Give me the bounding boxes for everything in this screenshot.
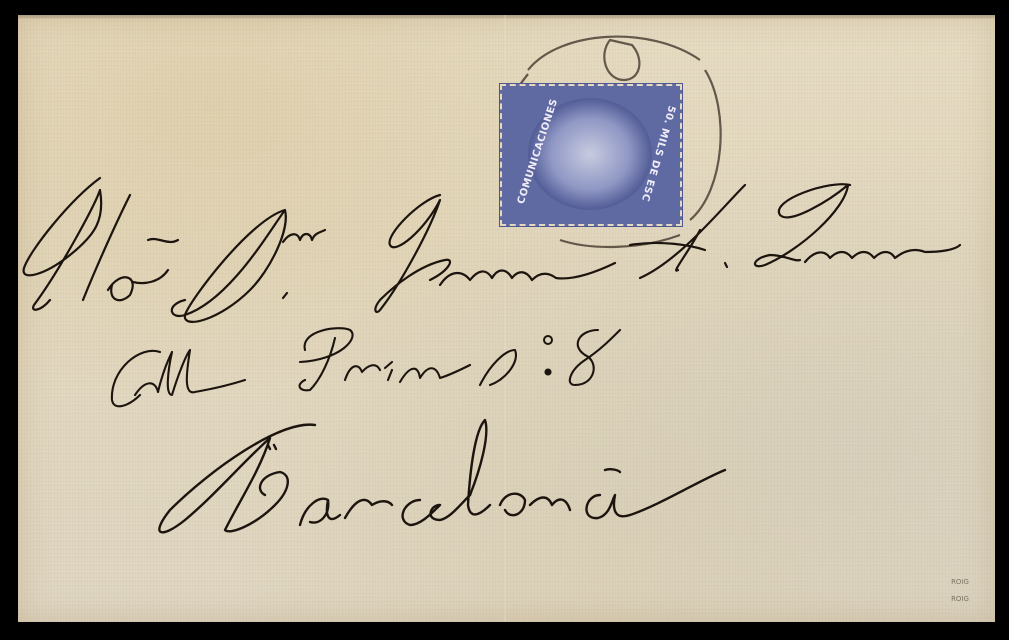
corner-mark-line-2: ROIG	[930, 595, 990, 604]
postmark-text: 30	[27, 0, 28, 1]
address-line-1: Sor D.n Ramon A. Ramos	[0, 0, 13, 1]
corner-publisher-mark: ROIG ROIG	[930, 578, 990, 604]
address-line-2: Calle Prim N.o 8	[13, 0, 21, 1]
postage-stamp: COMUNICACIONES 50. MILS DE ESC	[500, 84, 682, 226]
corner-mark-line-1: ROIG	[930, 578, 990, 587]
